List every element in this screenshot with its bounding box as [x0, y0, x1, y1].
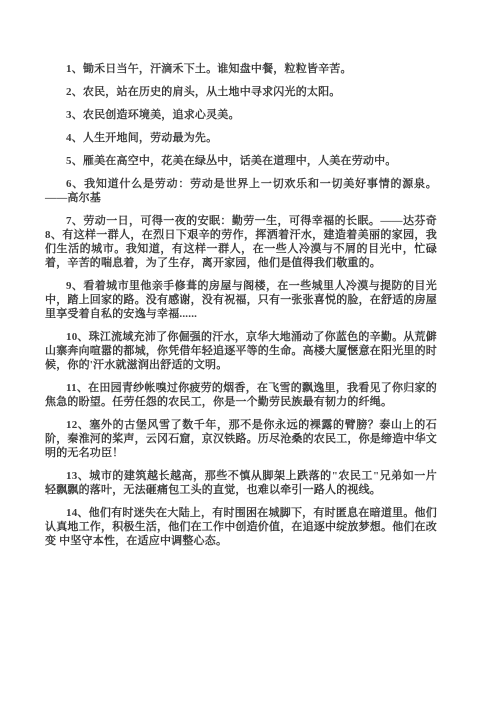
quote-paragraph-4: 4、人生开地间，劳动最为先。 — [45, 131, 437, 145]
quote-paragraph-3: 3、农民创造环境美，追求心灵美。 — [45, 108, 437, 122]
quote-paragraph-13: 13、城市的建筑越长越高，那些不慎从脚架上跌落的"农民工"兄弟如一片轻飘飘的落叶… — [45, 469, 437, 497]
quote-paragraph-9: 9、看着城市里他亲手修葺的房屋与阁楼，在一些城里人冷漠与提防的目光中，踏上回家的… — [45, 279, 437, 321]
quote-paragraph-2: 2、农民，站在历史的肩头，从土地中寻求闪光的太阳。 — [45, 85, 437, 99]
document-page: 1、锄禾日当午，汗滴禾下土。谁知盘中餐，粒粒皆辛苦。 2、农民，站在历史的肩头，… — [0, 0, 500, 707]
quote-paragraph-7-8: 7、劳动一日，可得一夜的安眠：勤劳一生，可得幸福的长眠。——达芬奇 8、有这样一… — [45, 214, 437, 270]
quote-paragraph-5: 5、雁美在高空中，花美在绿丛中，话美在道理中，人美在劳动中。 — [45, 154, 437, 168]
quote-paragraph-14: 14、他们有时迷失在大陆上，有时围困在城脚下，有时匿息在暗道里。他们 认真地工作… — [45, 506, 437, 548]
quote-paragraph-6: 6、我知道什么是劳动：劳动是世界上一切欢乐和一切美好事情的源泉。——高尔基 — [45, 177, 437, 205]
quote-paragraph-12: 12、塞外的古堡风雪了数千年，那不是你永远的裸露的臂膀？泰山上的石阶，秦淮河的桨… — [45, 418, 437, 460]
quote-paragraph-10: 10、珠江流域充沛了你倔强的汗水，京华大地涌动了你蓝色的辛勤。从荒僻 山寨奔向喧… — [45, 330, 437, 372]
quote-paragraph-11: 11、在田园青纱帐嗅过你疲劳的烟香，在飞雪的飘逸里，我看见了你归家的 焦急的盼望… — [45, 381, 437, 409]
quote-paragraph-1: 1、锄禾日当午，汗滴禾下土。谁知盘中餐，粒粒皆辛苦。 — [45, 62, 437, 76]
